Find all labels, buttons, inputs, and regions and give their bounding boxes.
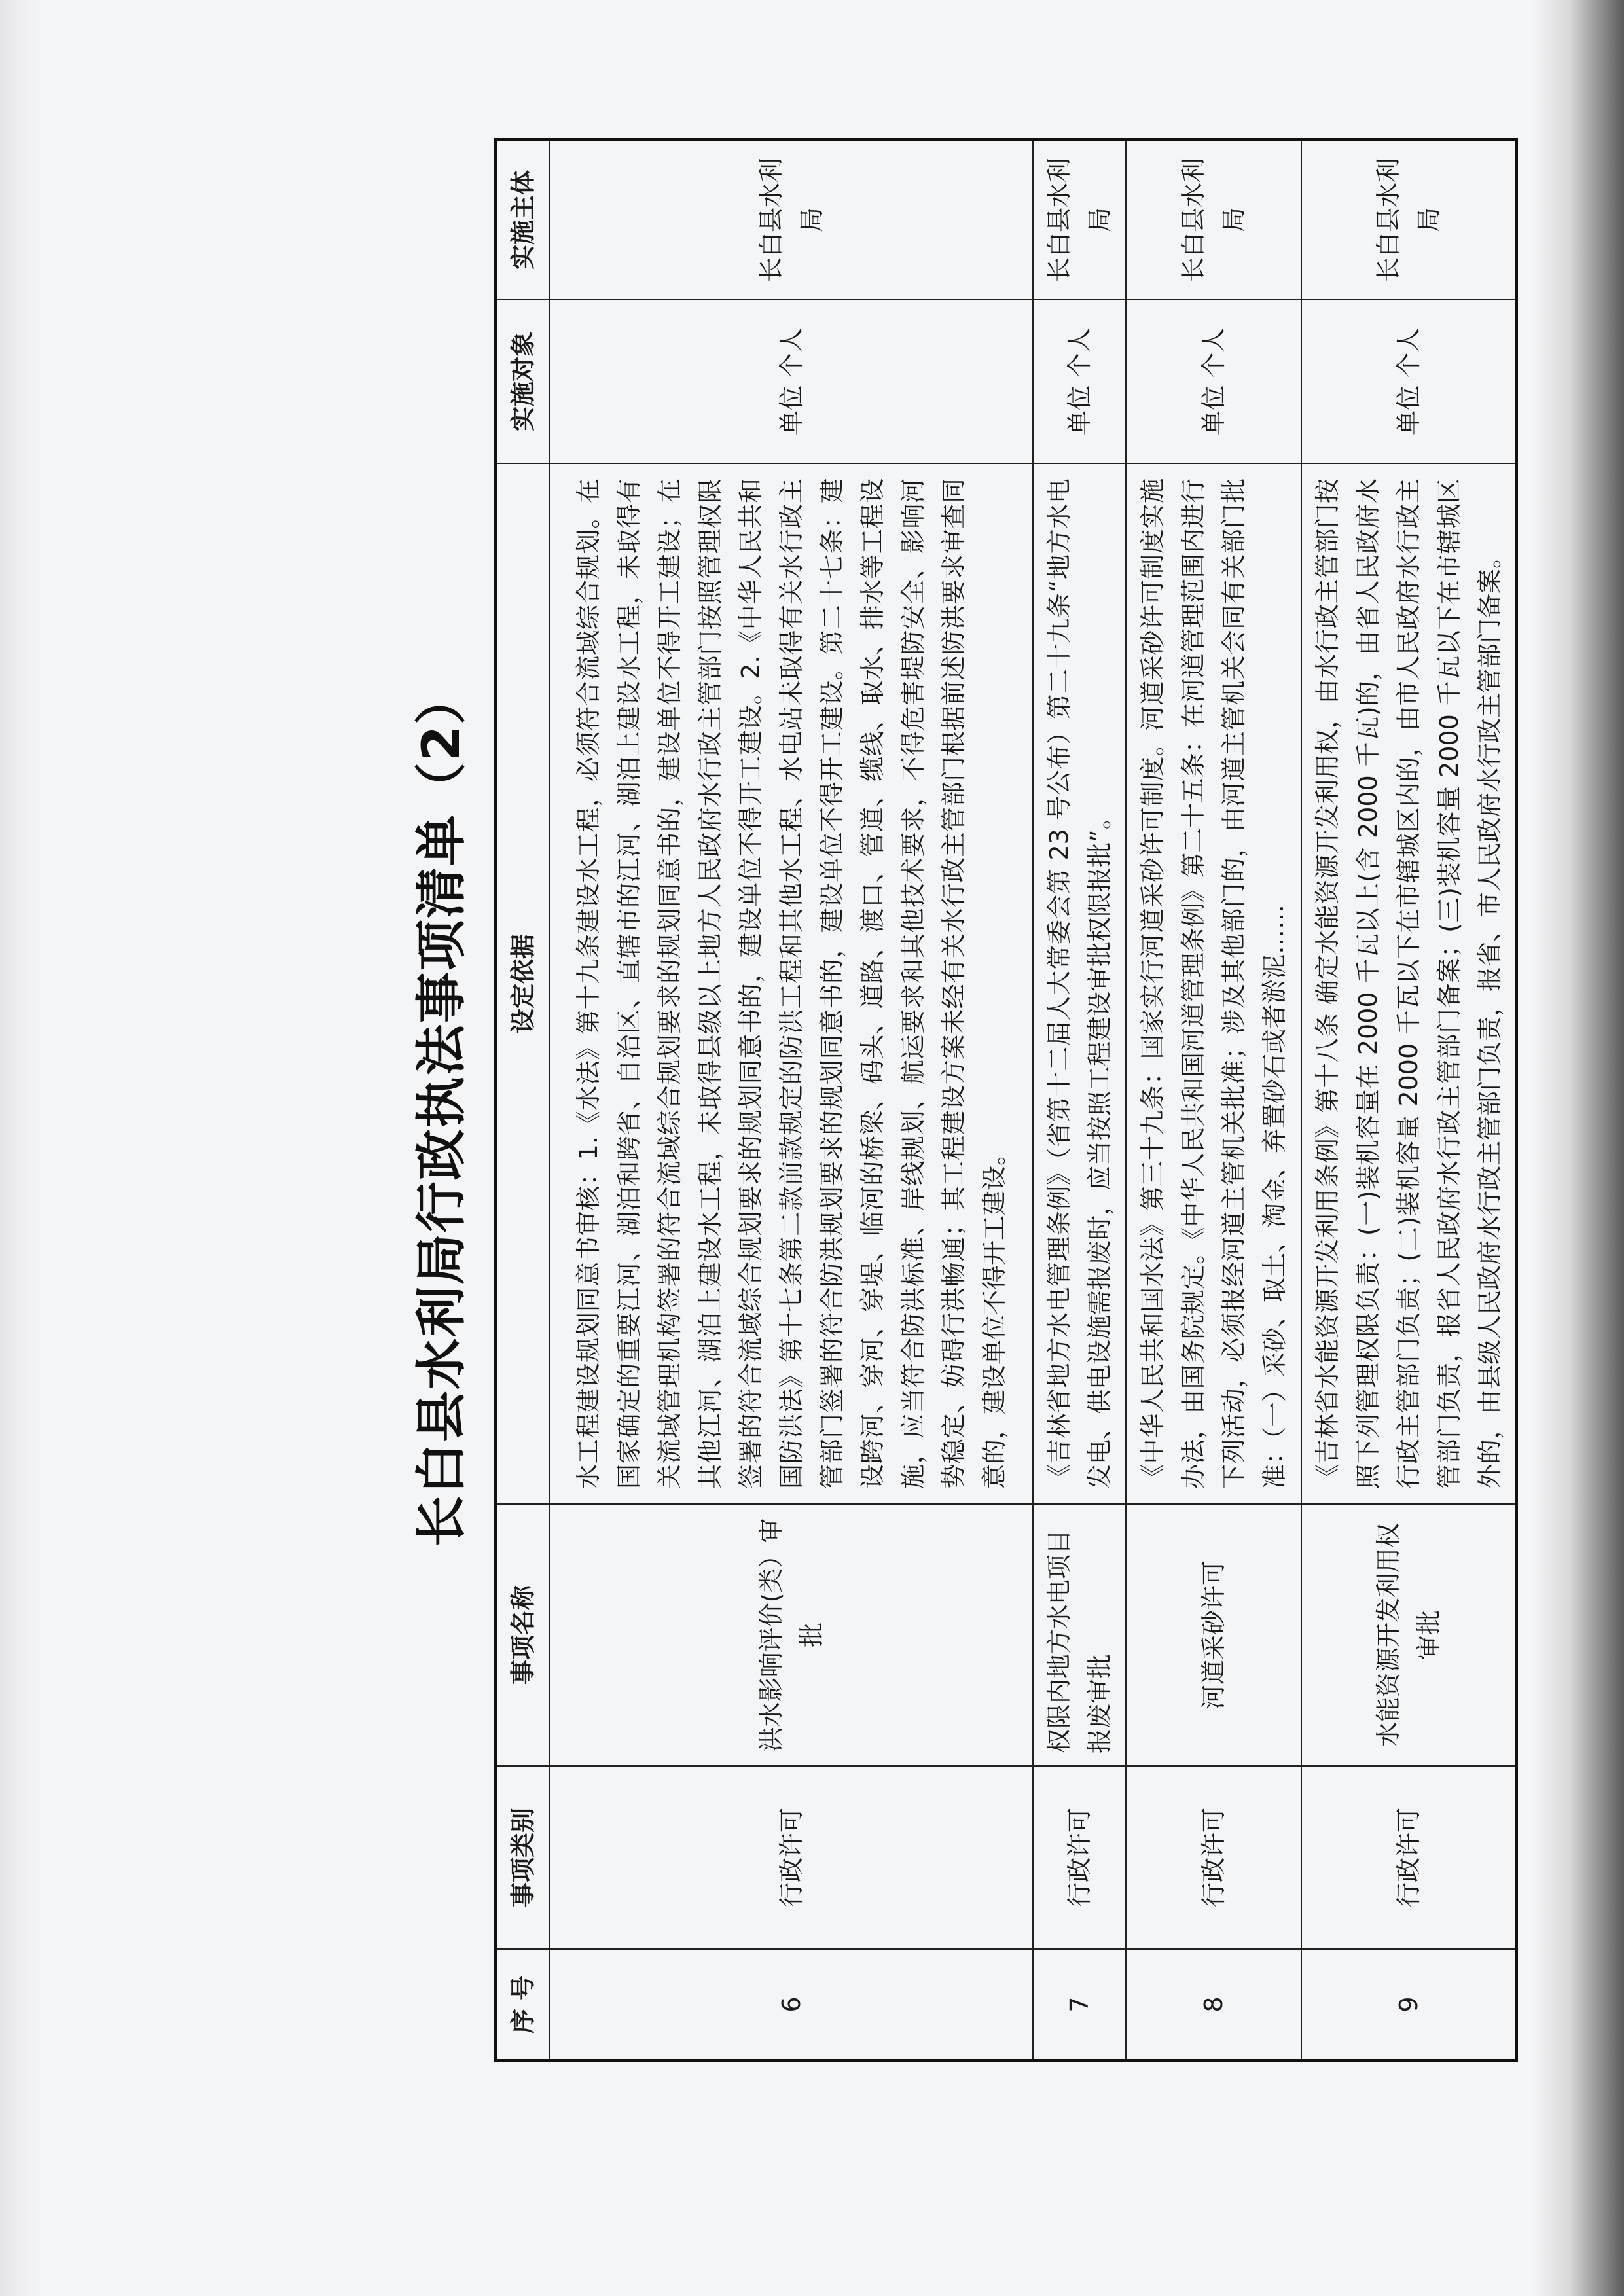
cell-subject: 长白县水利局: [1033, 139, 1126, 300]
enforcement-items-table: 序 号 事项类别 事项名称 设定依据 实施对象 实施主体 6 行政许可 洪水影响…: [494, 138, 1518, 2062]
cell-subject: 长白县水利局: [550, 139, 1033, 300]
header-basis: 设定依据: [496, 463, 550, 1504]
document-title: 长白县水利局行政执法事项清单（2）: [393, 144, 491, 2075]
table-header-row: 序 号 事项类别 事项名称 设定依据 实施对象 实施主体: [496, 139, 550, 2060]
cell-category: 行政许可: [1033, 1766, 1126, 1949]
cell-basis: 《吉林省地方水电管理条例》（省第十二届人大常委会第 23 号公布）第二十九条“地…: [1033, 463, 1126, 1504]
table-row: 8 行政许可 河道采砂许可 《中华人民共和国水法》第三十九条：国家实行河道采砂许…: [1126, 139, 1301, 2060]
table-row: 9 行政许可 水能资源开发利用权审批 《吉林省水能资源开发利用条例》第十八条 确…: [1301, 139, 1517, 2060]
cell-basis: 水工程建设规划同意书审核：1.《水法》第十九条建设水工程，必须符合流域综合规划。…: [550, 463, 1033, 1504]
scan-binding-shadow: [1532, 0, 1624, 2296]
cell-basis: 《吉林省水能资源开发利用条例》第十八条 确定水能资源开发利用权，由水行政主管部门…: [1301, 463, 1517, 1504]
cell-target: 单位 个人: [1301, 300, 1517, 463]
cell-target: 单位 个人: [1033, 300, 1126, 463]
header-target: 实施对象: [496, 300, 550, 463]
header-category: 事项类别: [496, 1766, 550, 1949]
cell-subject: 长白县水利局: [1126, 139, 1301, 300]
header-subject: 实施主体: [496, 139, 550, 300]
cell-seq: 8: [1126, 1949, 1301, 2060]
cell-seq: 7: [1033, 1949, 1126, 2060]
cell-target: 单位 个人: [550, 300, 1033, 463]
cell-subject: 长白县水利局: [1301, 139, 1517, 300]
header-seq: 序 号: [496, 1949, 550, 2060]
cell-name: 水能资源开发利用权审批: [1301, 1504, 1517, 1766]
cell-name: 河道采砂许可: [1126, 1504, 1301, 1766]
rotated-document-sheet: 长白县水利局行政执法事项清单（2） 序 号 事项类别 事项名称 设定依据 实施对…: [393, 144, 1414, 2075]
table-row: 6 行政许可 洪水影响评价(类）审批 水工程建设规划同意书审核：1.《水法》第十…: [550, 139, 1033, 2060]
table-row: 7 行政许可 权限内地方水电项目报废审批 《吉林省地方水电管理条例》（省第十二届…: [1033, 139, 1126, 2060]
scan-page-edge: [0, 0, 39, 2296]
header-name: 事项名称: [496, 1504, 550, 1766]
cell-category: 行政许可: [1301, 1766, 1517, 1949]
cell-name: 权限内地方水电项目报废审批: [1033, 1504, 1126, 1766]
cell-seq: 6: [550, 1949, 1033, 2060]
cell-basis: 《中华人民共和国水法》第三十九条：国家实行河道采砂许可制度。河道采砂许可制度实施…: [1126, 463, 1301, 1504]
cell-category: 行政许可: [550, 1766, 1033, 1949]
cell-seq: 9: [1301, 1949, 1517, 2060]
cell-name: 洪水影响评价(类）审批: [550, 1504, 1033, 1766]
cell-target: 单位 个人: [1126, 300, 1301, 463]
cell-category: 行政许可: [1126, 1766, 1301, 1949]
